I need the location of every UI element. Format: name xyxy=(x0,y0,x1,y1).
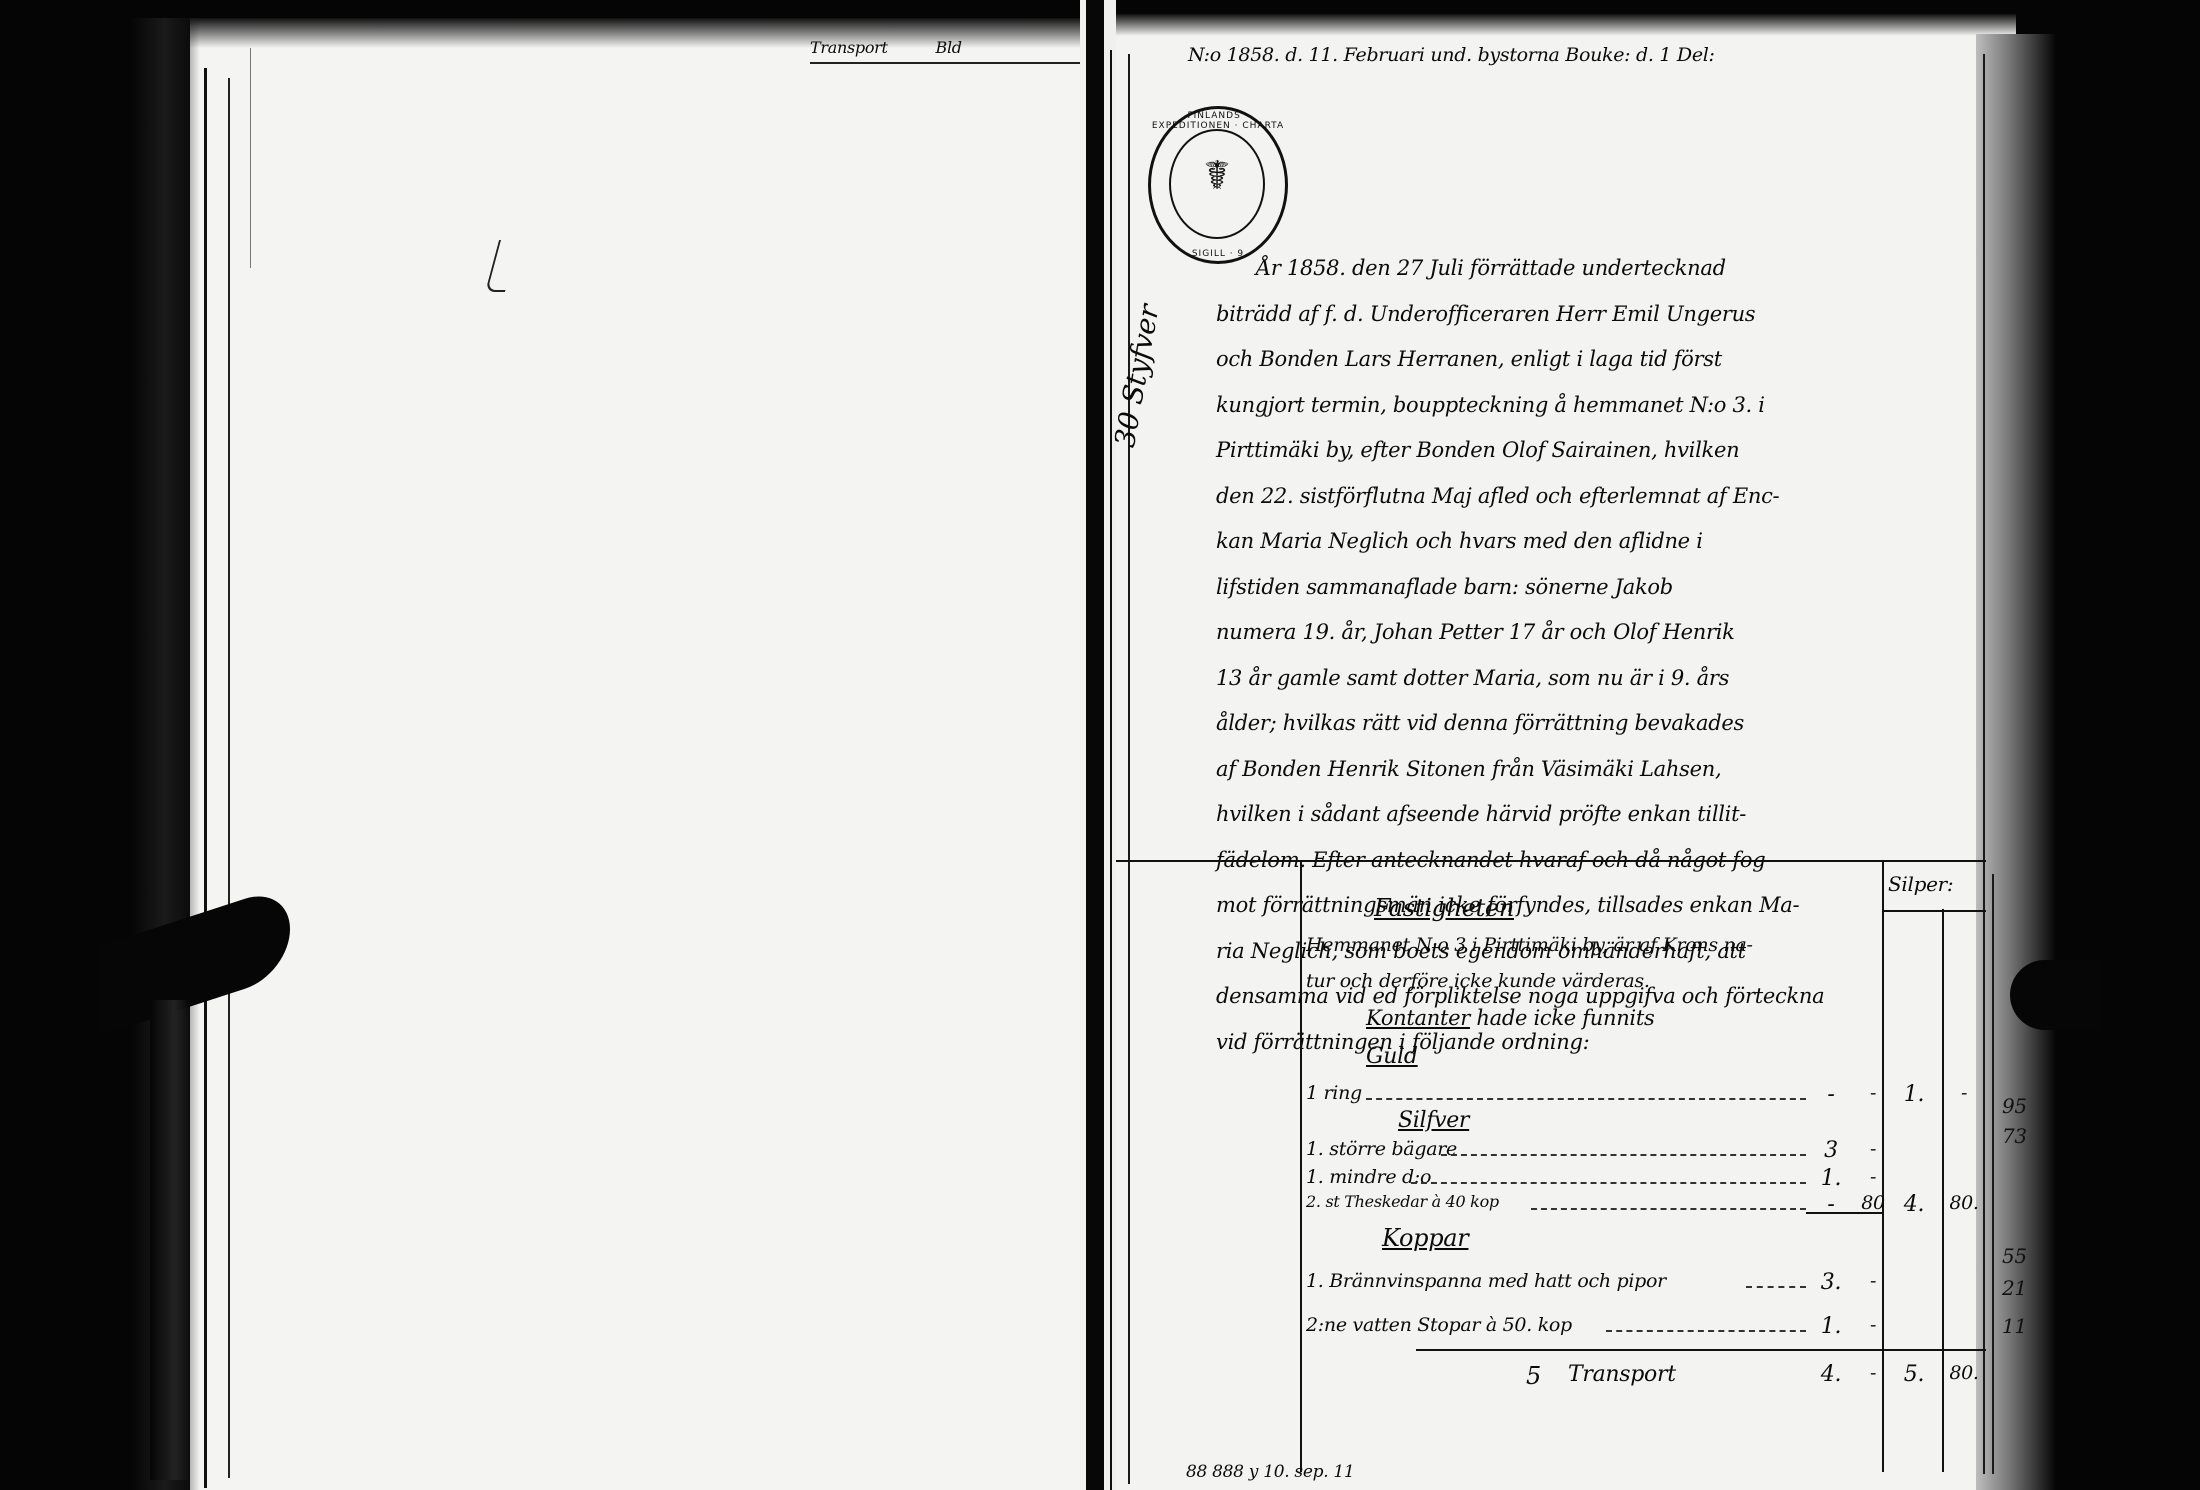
item-rubel: - xyxy=(1816,1082,1846,1107)
bottom-edge-text: 88 888 y 10. sep. 11 xyxy=(1186,1462,1354,1482)
left-page: Transport Bld xyxy=(190,18,1080,1490)
carry-value: Bld xyxy=(936,38,962,57)
table-row: 2. st Theskedar à 40 kop - 80 4. 80. xyxy=(1306,1192,1986,1222)
item-kopek: 80 xyxy=(1858,1192,1888,1214)
item-kopek: - xyxy=(1858,1314,1888,1336)
seal-top-text: FINLANDS · EXPEDITIONEN · CHARTA xyxy=(1151,111,1285,131)
item-description: 2:ne vatten Stopar à 50. kop xyxy=(1306,1314,1572,1336)
leader-line xyxy=(1411,1182,1806,1185)
section-kontanter-note: hade icke funnits xyxy=(1476,1006,1654,1030)
item-kopek: - xyxy=(1858,1270,1888,1292)
silver-kopek: 80. xyxy=(1946,1192,1982,1214)
item-rubel: 1. xyxy=(1816,1166,1846,1191)
item-kopek: - xyxy=(1858,1138,1888,1160)
section-title-koppar: Koppar xyxy=(1382,1224,1468,1252)
transport-silver-rubel: 5. xyxy=(1896,1362,1932,1387)
section-text: tur och derföre icke kunde värderas. xyxy=(1306,970,1650,992)
section-kontanter: Kontanter hade icke funnits xyxy=(1366,1006,1654,1030)
section-title-guld: Guld xyxy=(1366,1044,1418,1069)
margin-number: 11 xyxy=(2002,1314,2027,1338)
table-row: 2:ne vatten Stopar à 50. kop 1. - xyxy=(1306,1314,1986,1344)
text-line: Pirttimäki by, efter Bonden Olof Sairain… xyxy=(1216,428,1976,474)
text-line: numera 19. år, Johan Petter 17 år och Ol… xyxy=(1216,610,1976,656)
carry-label: Transport xyxy=(810,38,888,57)
item-rubel: 3 xyxy=(1816,1138,1846,1163)
section-title-fastigheten: Fastigheten xyxy=(1374,894,1514,922)
margin-number: 95 xyxy=(2002,1094,2027,1118)
text-line: kan Maria Neglich och hvars med den afli… xyxy=(1216,519,1976,565)
page-top-shadow xyxy=(1116,14,2016,36)
spine-rule xyxy=(1110,50,1112,1490)
margin-number: 73 xyxy=(2002,1124,2027,1148)
text-line: mot förrättningsmän icke förfyndes, till… xyxy=(1216,883,1976,929)
text-line: hvilken i sådant afseende härvid pröfte … xyxy=(1216,792,1976,838)
text-line: ålder; hvilkas rätt vid denna förrättnin… xyxy=(1216,701,1976,747)
leader-line xyxy=(1441,1154,1806,1157)
book-spine xyxy=(1080,0,1116,1490)
margin-number: 21 xyxy=(2002,1276,2027,1300)
section-title-kontanter: Kontanter xyxy=(1366,1006,1470,1030)
text-line: biträdd af f. d. Underofficeraren Herr E… xyxy=(1216,292,1976,338)
transport-row: 5 Transport 4. - 5. 80. xyxy=(1306,1362,1986,1392)
item-rubel: 3. xyxy=(1816,1270,1846,1295)
transport-silver-kopek: 80. xyxy=(1946,1362,1982,1384)
page-header-line: N:o 1858. d. 11. Februari und. bystorna … xyxy=(1188,44,1715,66)
table-top-rule xyxy=(1116,860,1986,862)
transport-rule xyxy=(1416,1349,1986,1351)
silver-kopek: - xyxy=(1946,1082,1982,1104)
scanner-clip-tail-left xyxy=(150,1000,190,1480)
left-margin-rule xyxy=(1128,54,1130,1484)
transport-carry-label: Transport Bld xyxy=(810,38,962,57)
section-title-silfver: Silfver xyxy=(1398,1108,1469,1133)
right-margin-rule xyxy=(1983,54,1985,1474)
page-edge-shadow xyxy=(1976,34,2056,1490)
faint-rule xyxy=(250,48,251,268)
table-row: 1. Brännvinspanna med hatt och pipor 3. … xyxy=(1306,1270,1986,1300)
item-description: 2. st Theskedar à 40 kop xyxy=(1306,1192,1499,1211)
transport-label: Transport xyxy=(1568,1362,1676,1387)
text-line: och Bonden Lars Herranen, enligt i laga … xyxy=(1216,337,1976,383)
right-page: N:o 1858. d. 11. Februari und. bystorna … xyxy=(1116,14,2016,1490)
transport-kopek: - xyxy=(1858,1362,1888,1384)
spine-gutter xyxy=(1086,0,1104,1490)
item-description: 1. större bägare xyxy=(1306,1138,1457,1160)
rotated-margin-note: 30 Styfver xyxy=(1108,302,1165,449)
leader-line xyxy=(1531,1208,1806,1211)
page-mark: 5 xyxy=(1526,1362,1541,1390)
transport-rubel: 4. xyxy=(1816,1362,1846,1387)
section-text: Hemmanet N:o 3 i Pirttimäki by, är af Kr… xyxy=(1306,934,1753,956)
binding-rule xyxy=(204,68,207,1488)
text-line: af Bonden Henrik Sitonen från Väsimäki L… xyxy=(1216,747,1976,793)
seal-inner-ring: ☤ xyxy=(1169,129,1265,239)
item-description: 1. Brännvinspanna med hatt och pipor xyxy=(1306,1270,1666,1292)
item-description: 1 ring xyxy=(1306,1082,1362,1104)
text-line: kungjort termin, bouppteckning å hemmane… xyxy=(1216,383,1976,429)
silver-column-header: Silper: xyxy=(1888,872,1953,896)
scanner-clip-shadow-right xyxy=(2010,960,2100,1030)
official-stamp-seal: FINLANDS · EXPEDITIONEN · CHARTA ☤ SIGIL… xyxy=(1148,106,1288,264)
silver-rubel: 4. xyxy=(1896,1192,1932,1217)
silver-rubel: 1. xyxy=(1896,1082,1932,1107)
transport-leader-line xyxy=(810,62,1090,64)
item-kopek: - xyxy=(1858,1082,1888,1104)
table-row: 1. större bägare 3 - xyxy=(1306,1138,1986,1168)
leader-line xyxy=(1366,1098,1806,1101)
text-line: lifstiden sammanaflade barn: sönerne Jak… xyxy=(1216,565,1976,611)
silver-header-rule xyxy=(1882,910,1986,912)
table-left-column-rule xyxy=(1300,862,1302,1472)
text-line: År 1858. den 27 Juli förrättade undertec… xyxy=(1256,246,1976,292)
leader-line xyxy=(1606,1330,1806,1333)
margin-rule xyxy=(228,78,230,1478)
caduceus-emblem-icon: ☤ xyxy=(1171,153,1263,199)
margin-number: 55 xyxy=(2002,1244,2027,1268)
text-line: den 22. sistförflutna Maj afled och efte… xyxy=(1216,474,1976,520)
pen-hook-mark-icon xyxy=(485,240,519,292)
leader-line xyxy=(1746,1286,1806,1289)
item-rubel: 1. xyxy=(1816,1314,1846,1339)
subtotal-rule xyxy=(1806,1212,1882,1214)
right-margin-rule-2 xyxy=(1992,874,1994,1474)
item-kopek: - xyxy=(1858,1166,1888,1188)
text-line: 13 år gamle samt dotter Maria, som nu är… xyxy=(1216,656,1976,702)
